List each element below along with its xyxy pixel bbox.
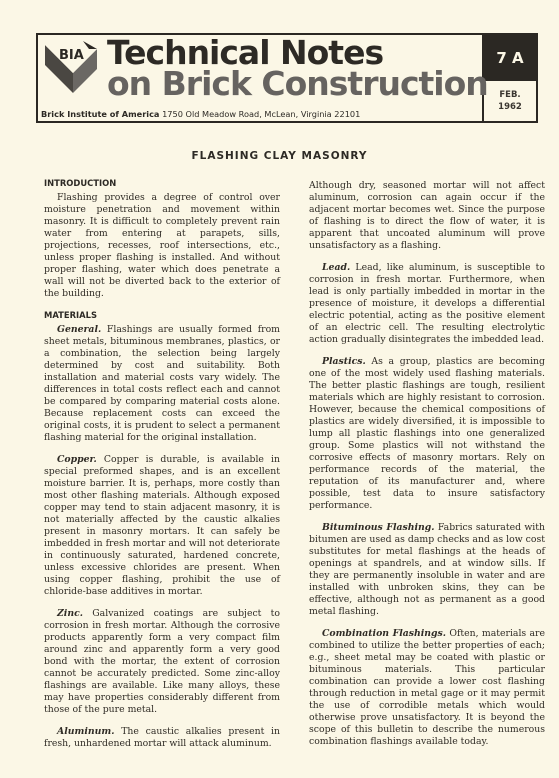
right-column: Although dry, seasoned mortar will not a…: [309, 180, 545, 758]
section-heading-introduction: INTRODUCTION: [44, 178, 280, 188]
street-address: 1750 Old Meadow Road, McLean, Virginia 2…: [162, 109, 360, 119]
issue-number: 7 A: [484, 35, 536, 81]
svg-text:BIA: BIA: [59, 48, 84, 63]
lead-in-aluminum: Aluminum.: [57, 726, 114, 737]
paragraph-plastics: Plastics. As a group, plastics are becom…: [309, 356, 545, 512]
paragraph-aluminum: Aluminum. The caustic alkalies present i…: [44, 726, 280, 750]
masthead: BIA Technical Notes on Brick Constructio…: [36, 33, 538, 123]
text-combination: Often, materials are combined to utilize…: [309, 628, 545, 747]
lead-in-bituminous: Bituminous Flashing.: [322, 522, 435, 533]
paragraph-general: General. Flashings are usually formed fr…: [44, 324, 280, 444]
left-column: INTRODUCTION Flashing provides a degree …: [44, 178, 280, 760]
paragraph-zinc: Zinc. Galvanized coatings are subject to…: [44, 608, 280, 716]
paragraph-lead: Lead. Lead, like aluminum, is susceptibl…: [309, 262, 545, 346]
issue-year: 1962: [498, 101, 522, 113]
lead-in-plastics: Plastics.: [322, 356, 366, 367]
lead-in-lead: Lead.: [322, 262, 350, 273]
text-plastics: As a group, plastics are becoming one of…: [309, 356, 545, 511]
section-heading-materials: MATERIALS: [44, 310, 280, 320]
paragraph-aluminum-continued: Although dry, seasoned mortar will not a…: [309, 180, 545, 252]
issue-date: FEB. 1962: [484, 81, 536, 121]
lead-in-general: General.: [57, 324, 101, 335]
paragraph-combination: Combination Flashings. Often, materials …: [309, 628, 545, 748]
introduction-paragraph: Flashing provides a degree of control ov…: [44, 192, 280, 300]
masthead-title-line2: on Brick Construction: [107, 64, 488, 103]
text-zinc: Galvanized coatings are subject to corro…: [44, 608, 280, 715]
text-lead: Lead, like aluminum, is susceptible to c…: [309, 262, 545, 345]
document-title: FLASHING CLAY MASONRY: [0, 150, 559, 162]
text-general: Flashings are usually formed from sheet …: [44, 324, 280, 443]
lead-in-copper: Copper.: [57, 454, 97, 465]
lead-in-zinc: Zinc.: [57, 608, 83, 619]
masthead-side: 7 A FEB. 1962: [484, 35, 536, 121]
lead-in-combination: Combination Flashings.: [322, 628, 446, 639]
bia-logo-icon: BIA: [43, 39, 99, 95]
masthead-main: BIA Technical Notes on Brick Constructio…: [38, 35, 484, 121]
paragraph-bituminous: Bituminous Flashing. Fabrics saturated w…: [309, 522, 545, 618]
text-copper: Copper is durable, is available in speci…: [44, 454, 280, 597]
text-bituminous: Fabrics saturated with bitumen are used …: [309, 522, 545, 617]
paragraph-copper: Copper. Copper is durable, is available …: [44, 454, 280, 598]
org-name: Brick Institute of America: [41, 109, 159, 119]
issue-month: FEB.: [499, 89, 520, 101]
publisher-address: Brick Institute of America 1750 Old Mead…: [41, 109, 360, 119]
